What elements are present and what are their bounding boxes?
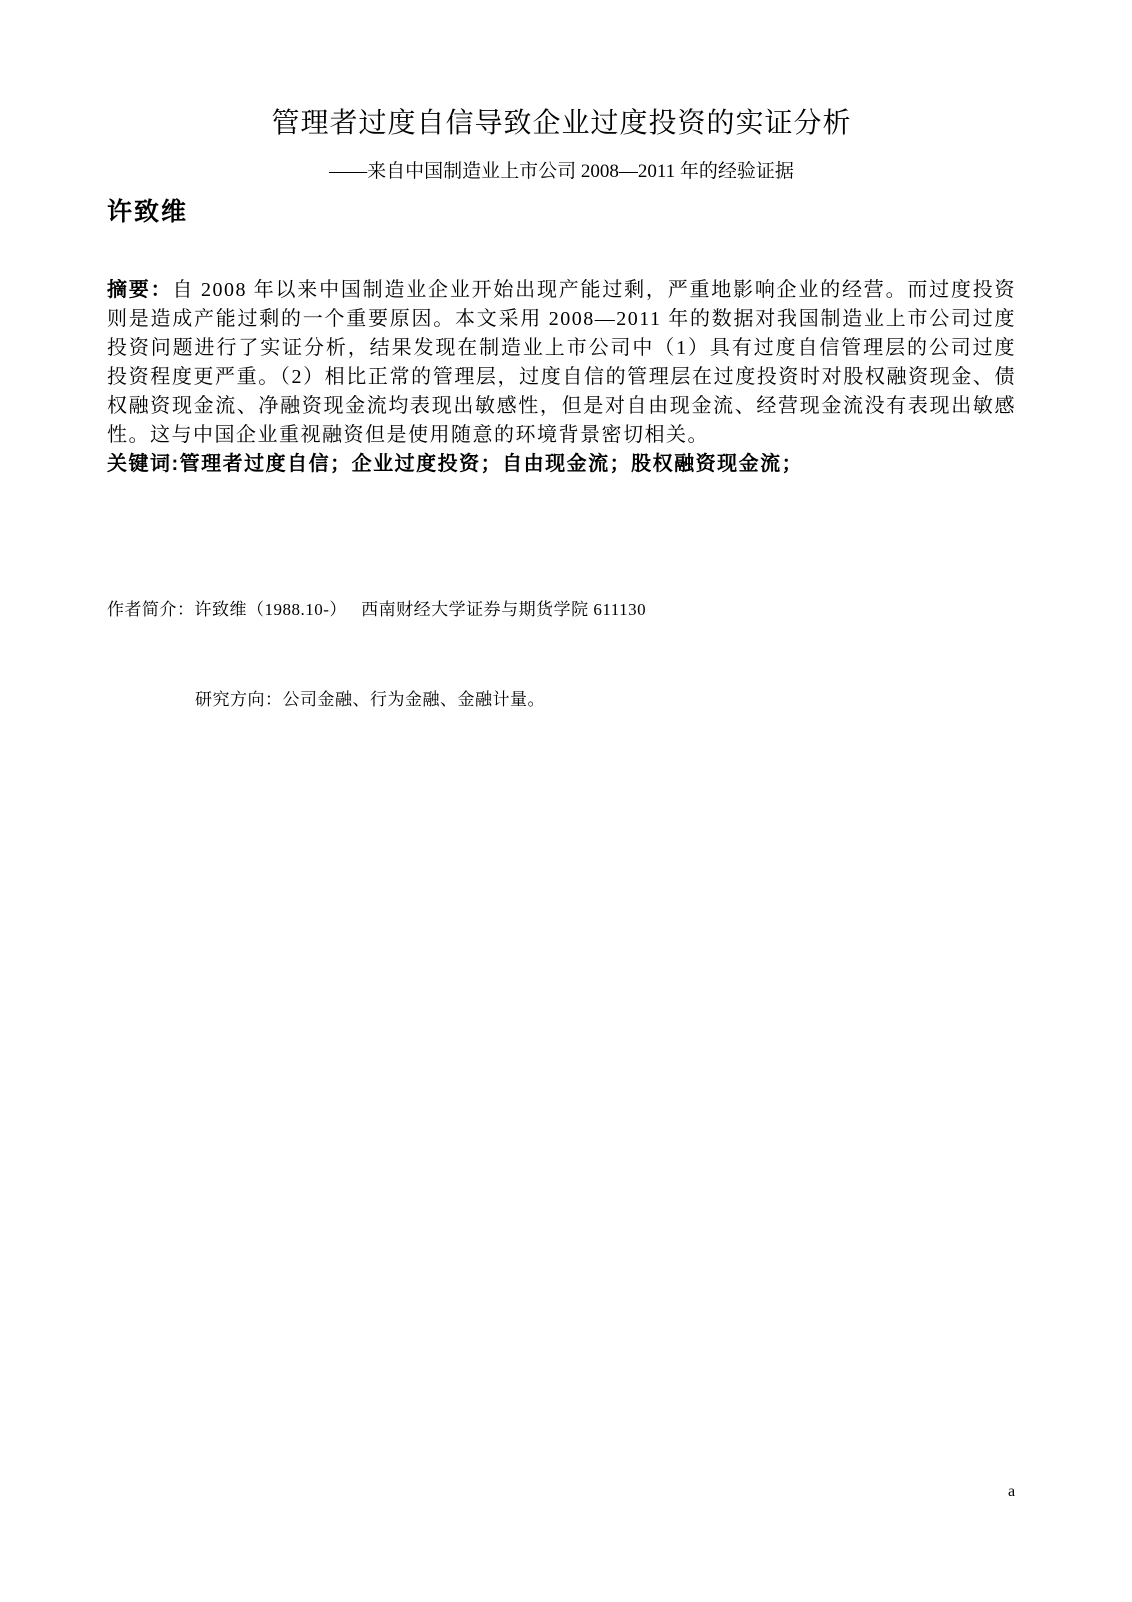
page-footer-marker: a xyxy=(1008,1482,1015,1502)
author-name: 许致维 xyxy=(107,184,1016,229)
abstract-text: 自 2008 年以来中国制造业企业开始出现产能过剩，严重地影响企业的经营。而过度… xyxy=(107,279,1016,446)
author-bio-line2: 研究方向：公司金融、行为金融、金融计量。 xyxy=(107,685,1016,715)
author-bio-line1: 作者简介：许致维（1988.10-） 西南财经大学证券与期货学院 611130 xyxy=(107,595,1016,625)
author-bio: 作者简介：许致维（1988.10-） 西南财经大学证券与期货学院 611130 … xyxy=(107,479,1016,775)
paper-page: 管理者过度自信导致企业过度投资的实证分析 ——来自中国制造业上市公司 2008—… xyxy=(0,0,1132,1602)
abstract-label: 摘要： xyxy=(107,279,172,301)
keywords-label: 关键词: xyxy=(107,453,180,475)
paper-title: 管理者过度自信导致企业过度投资的实证分析 xyxy=(107,0,1016,142)
keywords-line: 关键词:管理者过度自信；企业过度投资；自由现金流；股权融资现金流； xyxy=(107,450,1016,479)
keywords-text: 管理者过度自信；企业过度投资；自由现金流；股权融资现金流； xyxy=(180,453,804,475)
paper-subtitle: ——来自中国制造业上市公司 2008—2011 年的经验证据 xyxy=(107,142,1016,184)
abstract-paragraph: 摘要：自 2008 年以来中国制造业企业开始出现产能过剩，严重地影响企业的经营。… xyxy=(107,229,1016,450)
